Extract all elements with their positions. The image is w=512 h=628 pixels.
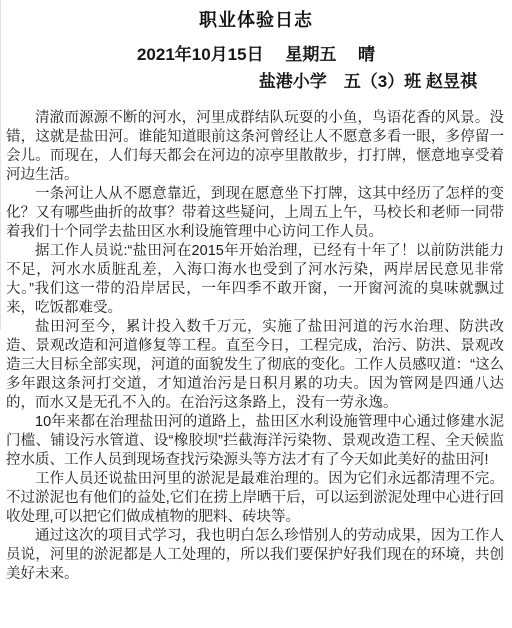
paragraph-conclusion: 通过这次的项目式学习，我也明白怎么珍惜别人的劳动成果，因为工作人员说，河里的淤泥… [6,527,504,584]
page-title: 职业体验日志 [0,6,512,32]
paragraph-intro: 清澈而源源不断的河水，河里成群结队玩耍的小鱼，鸟语花香的风景。没错，这就是盐田河… [6,109,504,185]
paragraph-staff-quote: 据工作人员说:“盐田河在2015年开始治理，已经有十年了！以前防洪能力不足，河水… [6,242,504,318]
paragraph-treatment-methods: 10年来都在治理盐田河的道路上，盐田区水利设施管理中心通过修建水泥门槛、铺设污水… [6,413,504,470]
paragraph-silt: 工作人员还说盐田河里的淤泥是最难治理的。因为它们永远都清理不完。不过淤泥也有他们… [6,470,504,527]
essay-body: 清澈而源源不断的河水，河里成群结队玩耍的小鱼，鸟语花香的风景。没错，这就是盐田河… [0,109,512,584]
journal-page: 职业体验日志 2021年10月15日 星期五 晴 盐港小学 五（3）班 赵昱祺 … [0,0,512,628]
page-edge-line [0,0,1,330]
date-weather-line: 2021年10月15日 星期五 晴 [0,40,512,65]
paragraph-visit: 一条河让人从不愿意靠近，到现在愿意坐下打牌，这其中经历了怎样的变化？又有哪些曲折… [6,185,504,242]
paragraph-project-results: 盐田河至今，累计投入数千万元，实施了盐田河道的污水治理、防洪改造、景观改造和河道… [6,318,504,413]
school-class-author-line: 盐港小学 五（3）班 赵昱祺 [0,67,512,92]
